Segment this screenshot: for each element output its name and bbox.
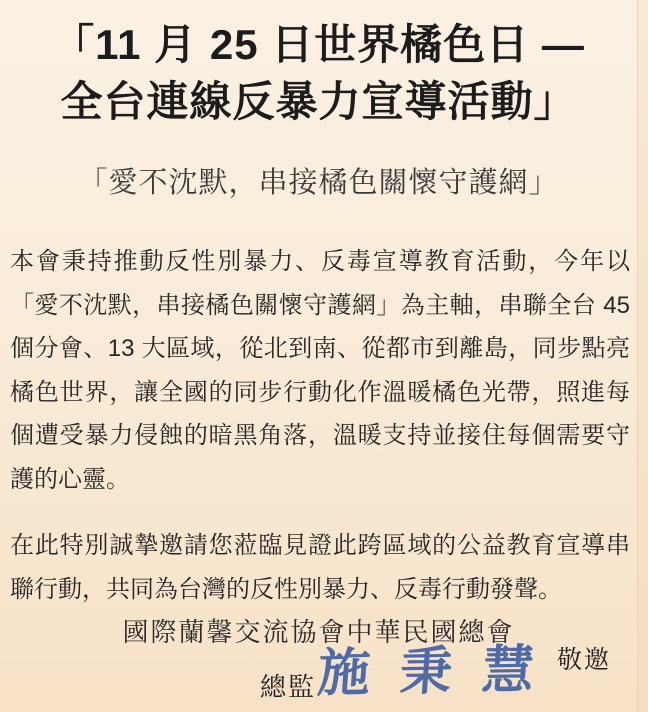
body-text: 本會秉持推動反性別暴力、反毒宣導教育活動，今年以「愛不沈默，串接橘色關懷守護網」…: [10, 240, 630, 611]
main-title-line1: 「11 月 25 日世界橘色日 —: [0, 16, 637, 73]
role-label: 總監: [260, 667, 316, 704]
main-title: 「11 月 25 日世界橘色日 — 全台連線反暴力宣導活動」: [0, 16, 637, 130]
main-title-line2: 全台連線反暴力宣導活動」: [0, 73, 637, 130]
invitation-document: 「11 月 25 日世界橘色日 — 全台連線反暴力宣導活動」 「愛不沈默，串接橘…: [0, 0, 648, 712]
page-right-edge: [637, 0, 648, 712]
paragraph-1: 本會秉持推動反性別暴力、反毒宣導教育活動，今年以「愛不沈默，串接橘色關懷守護網」…: [10, 240, 630, 501]
paragraph-2: 在此特別誠摯邀請您蒞臨見證此跨區域的公益教育宣導串聯行動，共同為台灣的反性別暴力…: [10, 524, 630, 611]
event-slogan: 「愛不沈默，串接橘色關懷守護網」: [0, 164, 637, 202]
signature-name: 施秉慧: [316, 639, 567, 706]
